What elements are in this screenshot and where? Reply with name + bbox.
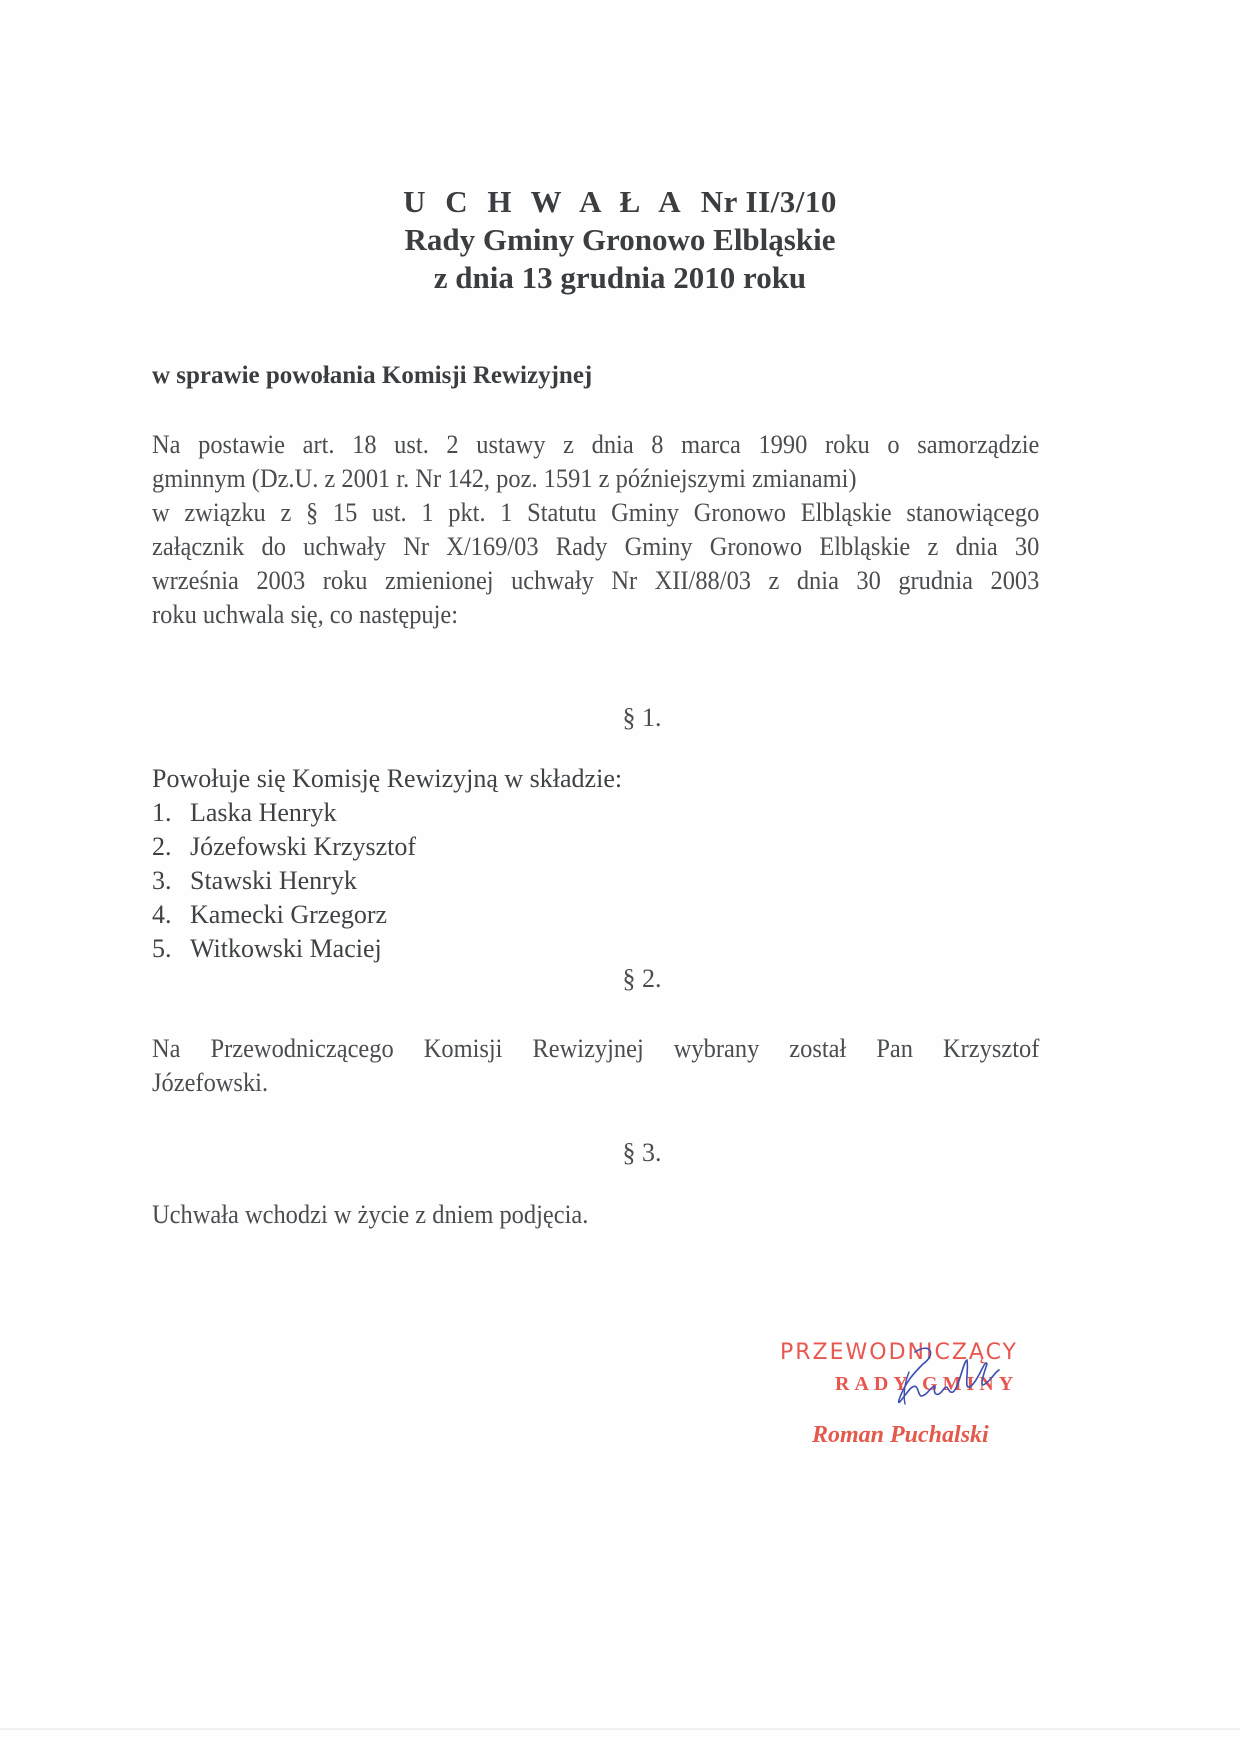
resolution-subject: w sprawie powołania Komisji Rewizyjnej bbox=[152, 362, 592, 390]
preamble: Na postawie art. 18 ust. 2 ustawy z dnia… bbox=[152, 428, 1039, 632]
section-2-line: Józefowski. bbox=[152, 1066, 1039, 1100]
preamble-line: w związku z § 15 ust. 1 pkt. 1 Statutu G… bbox=[152, 496, 1039, 530]
member-name: Kamecki Grzegorz bbox=[190, 900, 387, 929]
resolution-number: Nr II/3/10 bbox=[701, 184, 837, 219]
resolution-title: U C H W A Ł ANr II/3/10 Rady Gminy Grono… bbox=[0, 183, 1240, 297]
resolution-title-line1: U C H W A Ł ANr II/3/10 bbox=[0, 183, 1240, 221]
member-name: Stawski Henryk bbox=[190, 866, 357, 895]
resolution-word: U C H W A Ł A bbox=[403, 184, 687, 219]
scan-edge bbox=[0, 1728, 1240, 1730]
section-3-text: Uchwała wchodzi w życie z dniem podjęcia… bbox=[152, 1198, 1039, 1232]
committee-intro: Powołuje się Komisję Rewizyjną w składzi… bbox=[152, 762, 622, 796]
list-item: 5.Witkowski Maciej bbox=[152, 932, 622, 966]
section-3-line: Uchwała wchodzi w życie z dniem podjęcia… bbox=[152, 1198, 1039, 1232]
committee-list: Powołuje się Komisję Rewizyjną w składzi… bbox=[152, 762, 622, 966]
list-item: 1.Laska Henryk bbox=[152, 796, 622, 830]
preamble-line: Na postawie art. 18 ust. 2 ustawy z dnia… bbox=[152, 428, 1039, 462]
preamble-line: roku uchwala się, co następuje: bbox=[152, 598, 1039, 632]
council-name: Rady Gminy Gronowo Elbląskie bbox=[0, 221, 1240, 259]
section-marker-2: § 2. bbox=[22, 964, 1240, 994]
document-page: U C H W A Ł ANr II/3/10 Rady Gminy Grono… bbox=[0, 0, 1240, 1738]
resolution-date: z dnia 13 grudnia 2010 roku bbox=[0, 259, 1240, 297]
preamble-line: września 2003 roku zmienionej uchwały Nr… bbox=[152, 564, 1039, 598]
section-2-text: Na Przewodniczącego Komisji Rewizyjnej w… bbox=[152, 1032, 1039, 1100]
member-name: Witkowski Maciej bbox=[190, 934, 382, 963]
section-marker-1: § 1. bbox=[22, 703, 1240, 733]
list-item: 4.Kamecki Grzegorz bbox=[152, 898, 622, 932]
member-name: Józefowski Krzysztof bbox=[190, 832, 416, 861]
list-item: 3.Stawski Henryk bbox=[152, 864, 622, 898]
chairman-stamp: PRZEWODNICZĄCY RADY GMINY Roman Puchalsk… bbox=[780, 1340, 1080, 1480]
list-item: 2.Józefowski Krzysztof bbox=[152, 830, 622, 864]
stamp-name: Roman Puchalski bbox=[812, 1422, 989, 1449]
section-2-line: Na Przewodniczącego Komisji Rewizyjnej w… bbox=[152, 1032, 1039, 1066]
section-marker-3: § 3. bbox=[22, 1138, 1240, 1168]
preamble-line: załącznik do uchwały Nr X/169/03 Rady Gm… bbox=[152, 530, 1039, 564]
preamble-line: gminnym (Dz.U. z 2001 r. Nr 142, poz. 15… bbox=[152, 462, 1039, 496]
member-name: Laska Henryk bbox=[190, 798, 337, 827]
signature-icon bbox=[875, 1342, 1025, 1422]
